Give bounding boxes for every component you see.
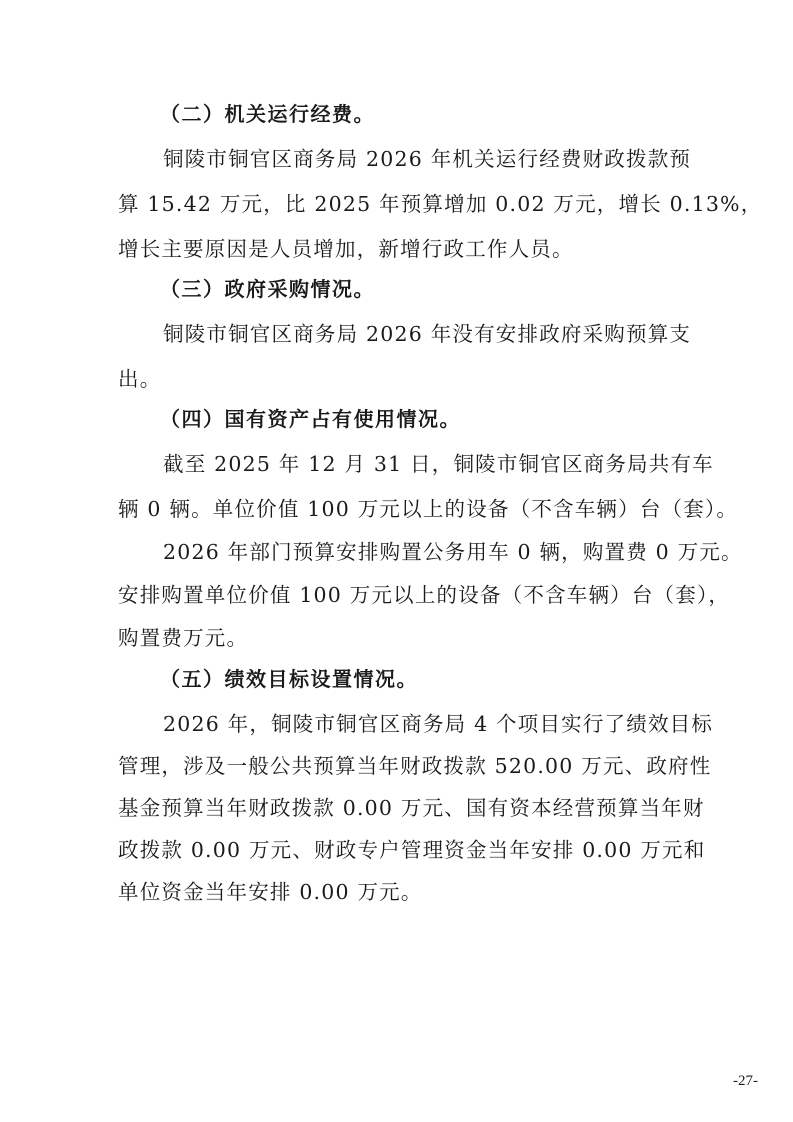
section-heading-5: （五）绩效目标设置情况。 [160, 665, 418, 693]
paragraph-line: 算 15.42 万元，比 2025 年预算增加 0.02 万元，增长 0.13%… [118, 190, 686, 218]
paragraph-line: 铜陵市铜官区商务局 2026 年没有安排政府采购预算支 [163, 320, 686, 348]
section-heading-4: （四）国有资产占有使用情况。 [160, 405, 461, 433]
paragraph-line: 基金预算当年财政拨款 0.00 万元、国有资本经营预算当年财 [118, 794, 686, 822]
paragraph-line: 辆 0 辆。单位价值 100 万元以上的设备（不含车辆）台（套）。 [118, 495, 686, 523]
paragraph-line: 购置费万元。 [118, 624, 248, 652]
paragraph-line: 单位资金当年安排 0.00 万元。 [118, 878, 423, 906]
paragraph-line: 政拨款 0.00 万元、财政专户管理资金当年安排 0.00 万元和 [118, 836, 686, 864]
paragraph-line: 出。 [118, 365, 161, 393]
section-heading-3: （三）政府采购情况。 [160, 275, 375, 303]
paragraph-line: 安排购置单位价值 100 万元以上的设备（不含车辆）台（套）， [118, 581, 686, 609]
paragraph-line: 增长主要原因是人员增加，新增行政工作人员。 [118, 235, 574, 263]
page-number: -27- [733, 1073, 758, 1090]
paragraph-line: 2026 年部门预算安排购置公务用车 0 辆，购置费 0 万元。 [163, 538, 686, 566]
section-heading-2: （二）机关运行经费。 [160, 100, 375, 128]
paragraph-line: 管理，涉及一般公共预算当年财政拨款 520.00 万元、政府性 [118, 752, 686, 780]
paragraph-line: 截至 2025 年 12 月 31 日，铜陵市铜官区商务局共有车 [163, 450, 686, 478]
paragraph-line: 2026 年，铜陵市铜官区商务局 4 个项目实行了绩效目标 [163, 710, 686, 738]
paragraph-line: 铜陵市铜官区商务局 2026 年机关运行经费财政拨款预 [163, 145, 686, 173]
